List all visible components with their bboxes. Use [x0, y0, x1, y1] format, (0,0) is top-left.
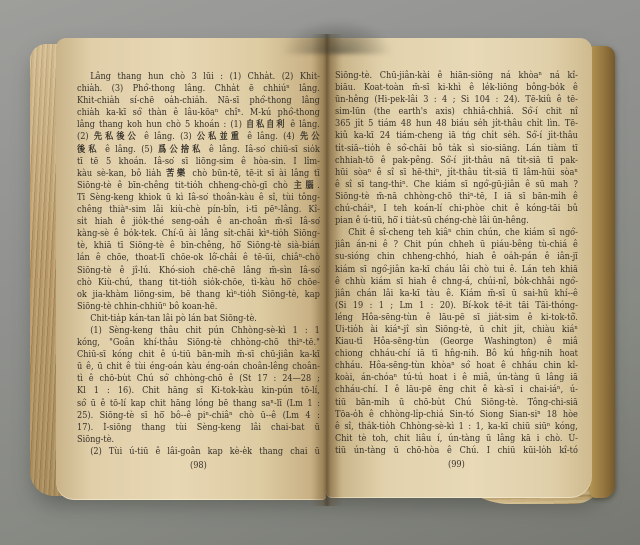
text-line: biāu. Koat-toàn m̄-sī ki-khì ê le̍k-liōn…: [335, 82, 578, 94]
text-line: chò Kiù-chú, thang tit-tio̍h sio̍k-chōe,…: [77, 277, 320, 289]
text-line: chiong chháu-chí iā tī hn̂g-nih. Bô kú h…: [335, 348, 578, 360]
text-line: chháu-chí. I ê lāu-pē ēng chit ê kà-sī i…: [335, 384, 578, 396]
text-line: 17). Í-siōng thang tùi Sèng-keng lâi cha…: [77, 422, 320, 434]
text-line: jiân án-ni ê ? Chit pún chheh ū piáu-bên…: [335, 239, 578, 251]
text-line: Siōng-tè. Chū-jiân-kài ê hiān-siōng ná k…: [335, 70, 578, 82]
left-page: Lâng thang hun chò 3 lūi : (1) Chha̍t. (…: [56, 38, 326, 500]
left-page-number: (98): [77, 460, 320, 472]
text-line: chia̍h. (3) Phó͘-thong lâng. Chha̍t ē ch…: [77, 83, 320, 95]
text-line: Siōng-tè m̄-nā chhòng-chō thiⁿ-tē, I iā …: [335, 191, 578, 203]
text-line: Chit tè toh, chit liâu í, ún-tàng ū lâng…: [335, 433, 578, 445]
text-line: (Si 19 : 1 ; Lm 1 : 20). Bí-kok tē-it tā…: [335, 300, 578, 312]
text-line: koài, án-chóaⁿ tú-tú hoat i ê miâ, ún-tà…: [335, 372, 578, 384]
text-line: lán ê chōe, thoat-lī chōe-ok lô͘-châi ê …: [77, 252, 320, 264]
text-line: Kiau-tī Hôa-sēng-tùn (George Washington)…: [335, 336, 578, 348]
text-line: (1) Sèng-keng thâu chit pún Chhòng-sè-kì…: [77, 325, 320, 337]
text-line: sim-lūn (the earth's axis) chhiâ-chhiâ. …: [335, 106, 578, 118]
text-line: tì ê chō-bu̍t Chú só͘ chhòng-chō ê (St 1…: [77, 373, 320, 385]
text-line: Khit-chia̍h sí-chē oa̍h-chia̍h. Nā-sī ph…: [77, 95, 320, 107]
text-line: kàu sè-kan, bô lia̍h 苦樂 chò būn-tē, tē-i…: [77, 168, 320, 180]
text-line: kiám sī ngó͘-jiân ka-kī cháu lâi chò tui…: [335, 264, 578, 276]
text-line: só͘ ū ê tō-lí kap chit hāng lóng bē than…: [77, 398, 320, 410]
text-line: chêng thiàⁿ-sim lâi kiù-chè pín-bîn, i-t…: [77, 204, 320, 216]
right-page-number: (99): [335, 459, 578, 471]
text-line: Lâng thang hun chò 3 lūi : (1) Chha̍t. (…: [77, 71, 320, 83]
text-line: kóng, "Goân khí-thâu Siōng-tè chhòng-chō…: [77, 337, 320, 349]
text-line: kàng-sè ê bo̍k-tek. Chí-ū ài lâng si̍t-c…: [77, 228, 320, 240]
gutter-top-shadow: [282, 20, 392, 54]
text-line: ê chhù kiám sī hiah ê chng-á, chúi-nî, b…: [335, 276, 578, 288]
text-line: chháu. Hôa-sēng-tùn khòaⁿ só͘ hoat ê chh…: [335, 360, 578, 372]
text-line: tī tē 5 khoán. Iâ-so͘ sī liōng-sim ê hòa…: [77, 156, 320, 168]
open-book: Lâng thang hun chò 3 lūi : (1) Chha̍t. (…: [30, 34, 616, 510]
text-line: Siōng-tè.: [77, 434, 320, 446]
text-line: si̍t hiah ê jio̍k-thé seng-oa̍h ê an-cho…: [77, 216, 320, 228]
text-line: Chit ê sî-cheng teh kiâⁿ chin chún, che …: [335, 227, 578, 239]
text-line: ok jia-khàm liōng-sim, bē thang kìⁿ-tio̍…: [77, 289, 320, 301]
text-line: 365 ji̍t 5 tiám 48 hun 48 biáu se̍h ji̍t…: [335, 118, 578, 130]
text-line: su-sióng chin chheng-chhó, hiah ê oa̍h-p…: [335, 251, 578, 263]
text-line: ê sî, tha̍k-tio̍h Chhòng-sè-kì 1 : 1, ka…: [335, 421, 578, 433]
text-line: (2) Tùi ú-tiū ê lâi-goân kap kè-e̍k than…: [77, 446, 320, 458]
text-line: chhiah-tō ê pak-pêng. Só͘-í ji̍t-thâu nā…: [335, 155, 578, 167]
text-line: 後私 ê lâng. (5) 爲公捨私 ê lâng. Iâ-so͘ chiū-…: [77, 144, 320, 156]
text-line: kiû ka-kī 24 tiám-cheng iā tńg chi̍t se̍…: [335, 130, 578, 142]
text-line: Chiū-sī kóng chit ê ú-tiū bān-mi̍h m̄-sī…: [77, 349, 320, 361]
text-line: jiân chán lâi ka-kī tàu ê. Kiám m̄-sī ū …: [335, 288, 578, 300]
text-line: chia̍h ka-kī só͘ thàn ê lâu-kōaⁿ chîⁿ. M…: [77, 107, 320, 119]
text-line: Siōng-tè chhin-chhiūⁿ bô koan-hē.: [77, 301, 320, 313]
text-line: (2) 先私後公 ê lâng. (3) 公私並重 ê lâng. (4) 先公: [77, 131, 320, 143]
left-page-text: Lâng thang hun chò 3 lūi : (1) Chha̍t. (…: [77, 71, 320, 472]
text-line: hūi sòaⁿ ê sî sī hē-thiⁿ, ji̍t-thâu ti̍t…: [335, 167, 578, 179]
photo-background: Lâng thang hun chò 3 lūi : (1) Chha̍t. (…: [0, 0, 640, 545]
right-page: Siōng-tè. Chū-jiân-kài ê hiān-siōng ná k…: [326, 38, 592, 498]
text-line: lâng thang koh hun chò 5 khoán : (1) 自私自…: [77, 119, 320, 131]
text-line: ūn-hêng (Hi-pek-lâi 3 : 4 ; Si 104 : 24)…: [335, 94, 578, 106]
text-line: Tōa-o̍h ê chhòng-li̍p-chiá Sin-tó Siong …: [335, 409, 578, 421]
text-line: Siōng-tè ê jî-lú. Khó-sioh chē-chē lâng …: [77, 265, 320, 277]
text-line: Ūi-tio̍h ài kiáⁿ-jî sìn Siōng-tè, ū chi̍…: [335, 324, 578, 336]
text-line: 25). Siōng-tè sī hō͘ bô--ê piⁿ-chiâⁿ chò…: [77, 410, 320, 422]
right-page-text: Siōng-tè. Chū-jiân-kài ê hiān-siōng ná k…: [335, 70, 578, 471]
text-line: tiū bān-mi̍h ū chō-bu̍t Chú Siōng-tè. Tô…: [335, 397, 578, 409]
right-cover-edge: [590, 46, 615, 498]
text-line: Tī Sèng-keng khiok ū kì Iâ-so͘ thoân-kàu…: [77, 192, 320, 204]
text-line: léng Hôa-sēng-tùn ê lāu-pē sī jia̍t-sim …: [335, 312, 578, 324]
text-line: tiū ún-tàng ū chō-hòa ê Chú. I chiū kūi-…: [335, 445, 578, 457]
text-line: pian ê ú-tiū, hō͘ i tia̍t-sū chéng-chè l…: [335, 215, 578, 227]
text-line: Chit-tia̍p kán-tan lâi pò lán bat Siōng-…: [77, 313, 320, 325]
text-line: tè, khiā tī Siōng-tè ê bīn-chêng, hō͘ Si…: [77, 240, 320, 252]
text-line: ū ê, ū chit ê tùi éng-oán kàu éng-oán ch…: [77, 361, 320, 373]
text-line: Siōng-tè ê bīn-chêng tit-tio̍h chheng-ch…: [77, 180, 320, 192]
text-line: chú-cháiⁿ, I teh koán-lí chi-phòe chit ê…: [335, 203, 578, 215]
text-line: Kl 1 : 16). Chit hāng sī Ki-tok-kàu kin-…: [77, 385, 320, 397]
text-line: ti̍t-siā--tio̍h ê só͘-chāi bô ta̍k sì si…: [335, 143, 578, 155]
text-line: ê sî sī tang-thiⁿ. Che kiám sī ngó͘-gū-j…: [335, 179, 578, 191]
gutter-shadow: [311, 34, 343, 506]
